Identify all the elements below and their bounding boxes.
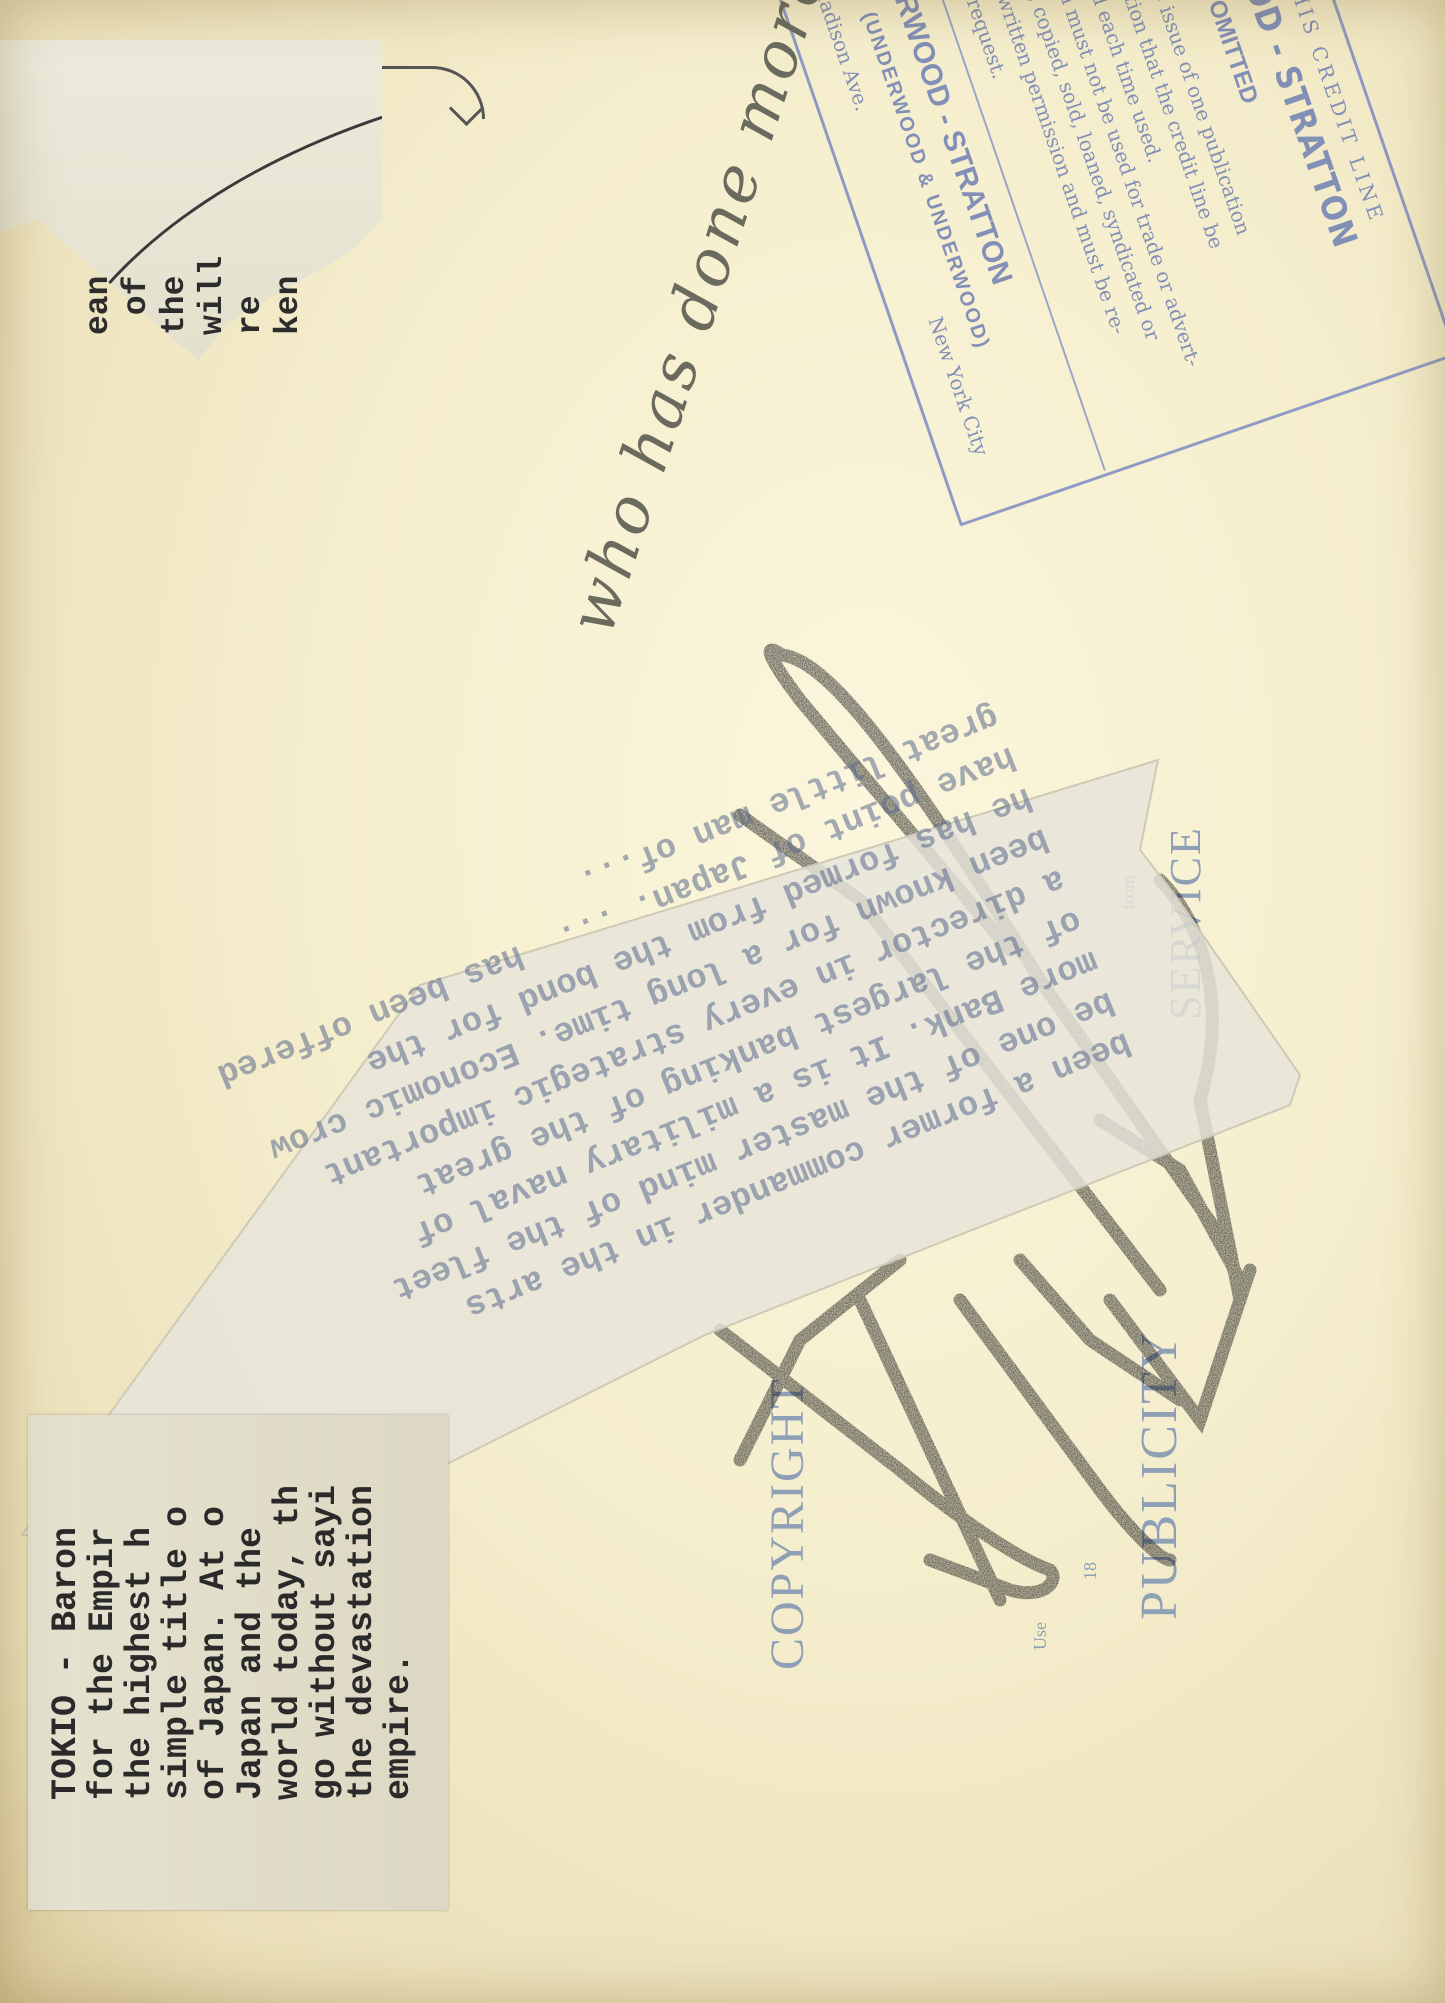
handwritten-note: who has done more	[555, 0, 842, 643]
scrap-line: of	[118, 276, 155, 335]
scrap-line: ean	[80, 276, 117, 335]
caption-line: of Japan. At o	[194, 1506, 234, 1800]
photo-reverse: THIS CREDIT LINE UNDERWOOD - STRATTON MU…	[0, 0, 1445, 2003]
from-stamp: from	[1118, 875, 1139, 910]
scrap-top-text: ean of the will re ken	[80, 256, 308, 335]
caption-line: world today, th	[268, 1485, 308, 1800]
scrap-line: the	[156, 276, 193, 335]
caption-text: TOKIO - Baron for the Empir the highest …	[48, 1485, 418, 1800]
caption-line: the highest h	[120, 1527, 160, 1800]
scrap-line: ken	[270, 276, 307, 335]
caption-line: for the Empir	[83, 1527, 123, 1800]
use-stamp: Use	[1030, 1622, 1051, 1650]
scrap-line: will	[194, 256, 231, 335]
tape-mirrored-text: been a former commander in the arts be o…	[194, 693, 1137, 1381]
caption-line: empire.	[379, 1653, 419, 1800]
caption-line: simple title o	[157, 1506, 197, 1800]
caption-line: TOKIO - Baron	[46, 1527, 86, 1800]
caption-line: go without sayi	[305, 1485, 345, 1800]
scrap-line: re	[232, 295, 269, 335]
service-stamp: SERVICE	[1160, 826, 1211, 1020]
year-stamp: 18	[1080, 1562, 1101, 1580]
publicity-stamp: PUBLICITY	[1130, 1330, 1189, 1620]
caption-line: the devastation	[342, 1485, 382, 1800]
caption-line: Japan and the	[231, 1527, 271, 1800]
copyright-stamp: COPYRIGHT	[760, 1377, 815, 1670]
